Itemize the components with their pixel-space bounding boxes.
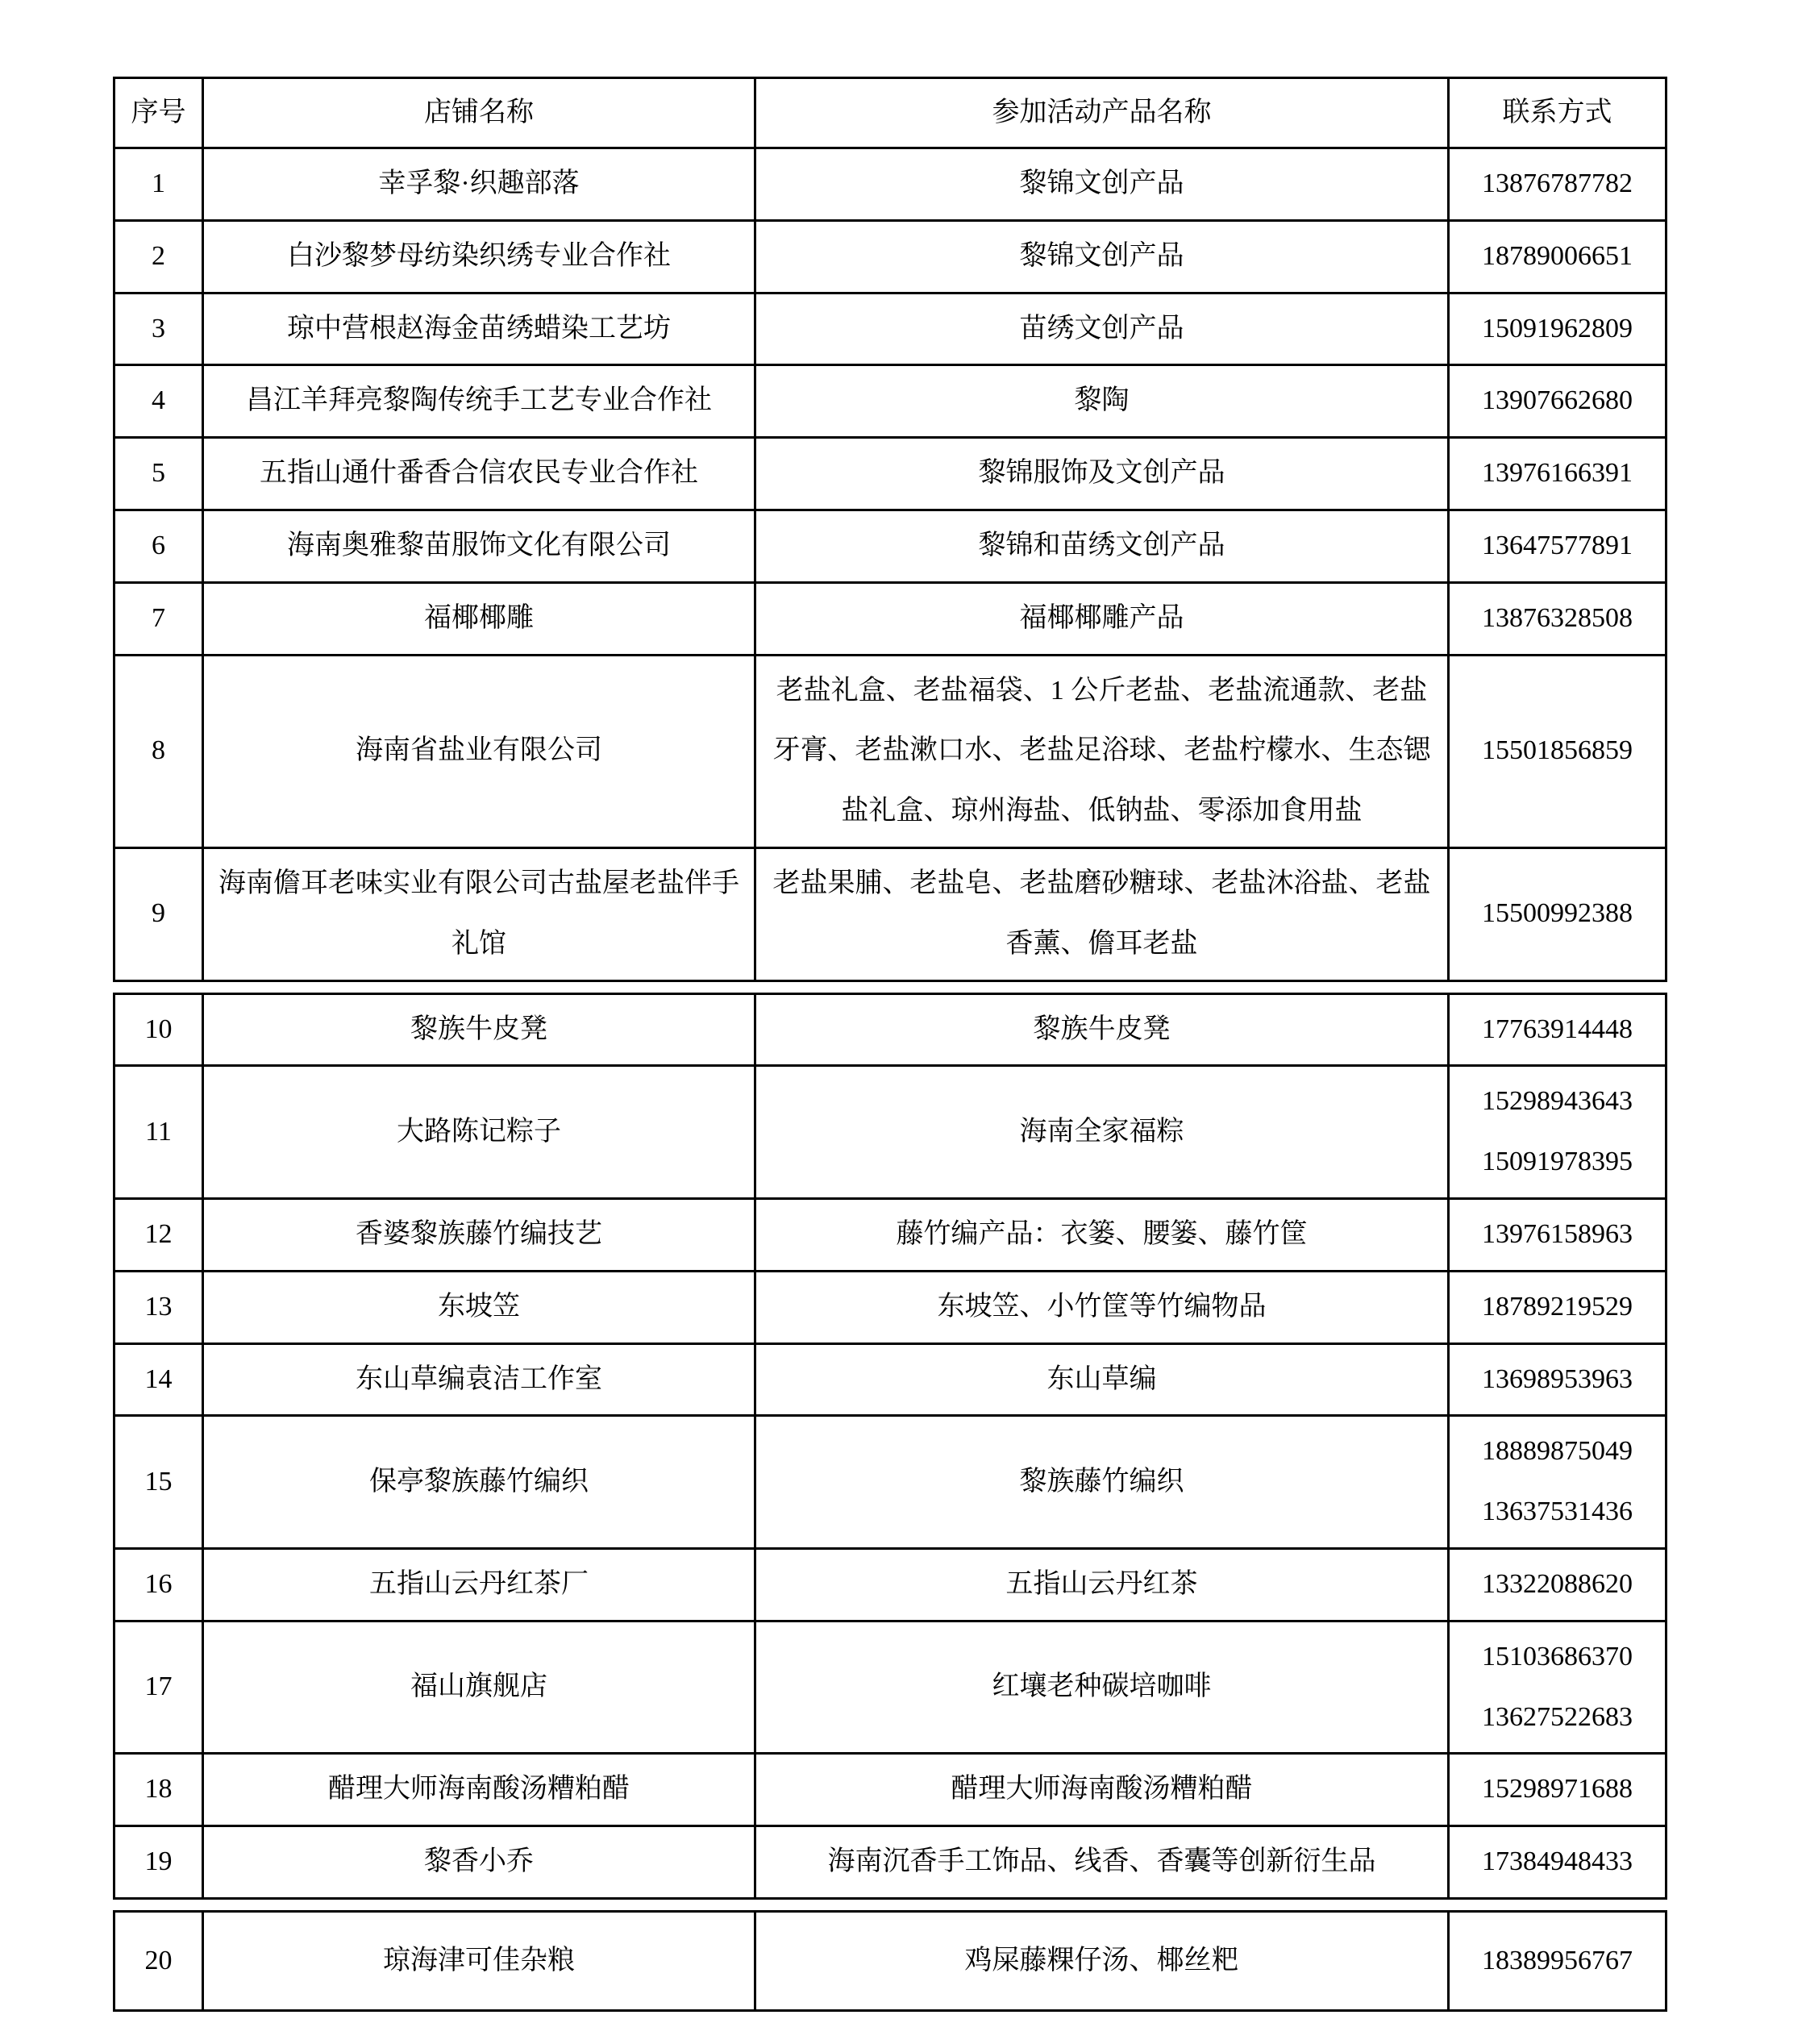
table-row: 4昌江羊拜亮黎陶传统手工艺专业合作社黎陶13907662680	[114, 365, 1666, 438]
product-name-cell: 东山草编	[755, 1343, 1449, 1416]
contact-cell: 15091962809	[1449, 293, 1666, 365]
product-name-cell: 福椰椰雕产品	[755, 582, 1449, 655]
contact-cell: 1510368637013627522683	[1449, 1621, 1666, 1754]
contact-cell: 13322088620	[1449, 1548, 1666, 1621]
product-name-cell: 鸡屎藤粿仔汤、椰丝粑	[755, 1911, 1449, 2010]
shop-name-cell: 香婆黎族藤竹编技艺	[203, 1198, 755, 1271]
contact-cell: 13907662680	[1449, 365, 1666, 438]
product-name-cell: 黎族藤竹编织	[755, 1416, 1449, 1549]
shop-name-cell: 醋理大师海南酸汤糟粕醋	[203, 1754, 755, 1826]
product-name-cell: 东坡笠、小竹筐等竹编物品	[755, 1271, 1449, 1343]
product-name-cell: 五指山云丹红茶	[755, 1548, 1449, 1621]
row-index-cell: 16	[114, 1548, 203, 1621]
product-name-cell: 海南沉香手工饰品、线香、香囊等创新衍生品	[755, 1826, 1449, 1899]
product-name-cell: 老盐礼盒、老盐福袋、1 公斤老盐、老盐流通款、老盐牙膏、老盐漱口水、老盐足浴球、…	[755, 655, 1449, 847]
vendor-table-segment-3: 20琼海津可佳杂粮鸡屎藤粿仔汤、椰丝粑18389956767	[113, 1910, 1667, 2012]
row-index-cell: 11	[114, 1066, 203, 1199]
table-row: 3琼中营根赵海金苗绣蜡染工艺坊苗绣文创产品15091962809	[114, 293, 1666, 365]
row-index-cell: 10	[114, 993, 203, 1066]
table-row: 19黎香小乔海南沉香手工饰品、线香、香囊等创新衍生品17384948433	[114, 1826, 1666, 1899]
contact-cell: 18789006651	[1449, 220, 1666, 293]
phone-number: 18889875049	[1459, 1422, 1655, 1482]
contact-cell: 1888987504913637531436	[1449, 1416, 1666, 1549]
table-header: 序号 店铺名称 参加活动产品名称 联系方式	[114, 78, 1666, 148]
contact-cell: 13976158963	[1449, 1198, 1666, 1271]
product-name-cell: 藤竹编产品：衣篓、腰篓、藤竹筐	[755, 1198, 1449, 1271]
phone-number: 15500992388	[1459, 884, 1655, 944]
contact-cell: 13698953963	[1449, 1343, 1666, 1416]
shop-name-cell: 东坡笠	[203, 1271, 755, 1343]
product-name-cell: 黎锦文创产品	[755, 148, 1449, 221]
row-index-cell: 14	[114, 1343, 203, 1416]
row-index-cell: 13	[114, 1271, 203, 1343]
row-index-cell: 9	[114, 847, 203, 980]
shop-name-cell: 海南儋耳老味实业有限公司古盐屋老盐伴手礼馆	[203, 847, 755, 980]
product-name-cell: 黎陶	[755, 365, 1449, 438]
row-index-cell: 4	[114, 365, 203, 438]
table-row: 8海南省盐业有限公司老盐礼盒、老盐福袋、1 公斤老盐、老盐流通款、老盐牙膏、老盐…	[114, 655, 1666, 847]
row-index-cell: 19	[114, 1826, 203, 1899]
contact-cell: 15501856859	[1449, 655, 1666, 847]
shop-name-cell: 东山草编袁洁工作室	[203, 1343, 755, 1416]
shop-name-cell: 海南奥雅黎苗服饰文化有限公司	[203, 510, 755, 582]
table-row: 9海南儋耳老味实业有限公司古盐屋老盐伴手礼馆老盐果脯、老盐皂、老盐磨砂糖球、老盐…	[114, 847, 1666, 980]
table-row: 14东山草编袁洁工作室东山草编13698953963	[114, 1343, 1666, 1416]
shop-name-cell: 琼中营根赵海金苗绣蜡染工艺坊	[203, 293, 755, 365]
table-row: 10黎族牛皮凳黎族牛皮凳17763914448	[114, 993, 1666, 1066]
table-row: 1幸孚黎·织趣部落黎锦文创产品13876787782	[114, 148, 1666, 221]
phone-number: 18789006651	[1459, 227, 1655, 287]
vendor-table-segment-2: 10黎族牛皮凳黎族牛皮凳1776391444811大路陈记粽子海南全家福粽152…	[113, 993, 1667, 1900]
table-row: 5五指山通什番香合信农民专业合作社黎锦服饰及文创产品13976166391	[114, 438, 1666, 510]
product-name-cell: 苗绣文创产品	[755, 293, 1449, 365]
row-index-cell: 3	[114, 293, 203, 365]
phone-number: 13698953963	[1459, 1350, 1655, 1410]
row-index-cell: 1	[114, 148, 203, 221]
shop-name-cell: 黎族牛皮凳	[203, 993, 755, 1066]
phone-number: 17384948433	[1459, 1832, 1655, 1892]
table-row: 6海南奥雅黎苗服饰文化有限公司黎锦和苗绣文创产品13647577891	[114, 510, 1666, 582]
phone-number: 13627522683	[1459, 1688, 1655, 1748]
vendor-table-segment-1: 序号 店铺名称 参加活动产品名称 联系方式 1幸孚黎·织趣部落黎锦文创产品138…	[113, 77, 1667, 982]
phone-number: 15501856859	[1459, 721, 1655, 781]
row-index-cell: 20	[114, 1911, 203, 2010]
row-index-cell: 2	[114, 220, 203, 293]
contact-cell: 18389956767	[1449, 1911, 1666, 2010]
shop-name-cell: 大路陈记粽子	[203, 1066, 755, 1199]
shop-name-cell: 海南省盐业有限公司	[203, 655, 755, 847]
col-header-product: 参加活动产品名称	[755, 78, 1449, 148]
product-name-cell: 醋理大师海南酸汤糟粕醋	[755, 1754, 1449, 1826]
col-header-index: 序号	[114, 78, 203, 148]
product-name-cell: 黎锦文创产品	[755, 220, 1449, 293]
shop-name-cell: 五指山通什番香合信农民专业合作社	[203, 438, 755, 510]
contact-cell: 13876328508	[1449, 582, 1666, 655]
phone-number: 15091978395	[1459, 1132, 1655, 1193]
table-row: 16五指山云丹红茶厂五指山云丹红茶13322088620	[114, 1548, 1666, 1621]
phone-number: 13647577891	[1459, 516, 1655, 577]
product-name-cell: 老盐果脯、老盐皂、老盐磨砂糖球、老盐沐浴盐、老盐香薰、儋耳老盐	[755, 847, 1449, 980]
table-row: 12香婆黎族藤竹编技艺藤竹编产品：衣篓、腰篓、藤竹筐13976158963	[114, 1198, 1666, 1271]
contact-cell: 1529894364315091978395	[1449, 1066, 1666, 1199]
product-name-cell: 黎锦和苗绣文创产品	[755, 510, 1449, 582]
shop-name-cell: 五指山云丹红茶厂	[203, 1548, 755, 1621]
table-row: 18醋理大师海南酸汤糟粕醋醋理大师海南酸汤糟粕醋15298971688	[114, 1754, 1666, 1826]
shop-name-cell: 白沙黎梦母纺染织绣专业合作社	[203, 220, 755, 293]
col-header-contact: 联系方式	[1449, 78, 1666, 148]
contact-cell: 15298971688	[1449, 1754, 1666, 1826]
shop-name-cell: 保亭黎族藤竹编织	[203, 1416, 755, 1549]
phone-number: 13876328508	[1459, 589, 1655, 649]
phone-number: 18789219529	[1459, 1277, 1655, 1338]
row-index-cell: 8	[114, 655, 203, 847]
col-header-shop: 店铺名称	[203, 78, 755, 148]
phone-number: 18389956767	[1459, 1931, 1655, 1992]
phone-number: 13976158963	[1459, 1205, 1655, 1265]
shop-name-cell: 福山旗舰店	[203, 1621, 755, 1754]
shop-name-cell: 福椰椰雕	[203, 582, 755, 655]
phone-number: 13637531436	[1459, 1482, 1655, 1542]
table-row: 2白沙黎梦母纺染织绣专业合作社黎锦文创产品18789006651	[114, 220, 1666, 293]
phone-number: 17763914448	[1459, 1000, 1655, 1060]
shop-name-cell: 幸孚黎·织趣部落	[203, 148, 755, 221]
row-index-cell: 12	[114, 1198, 203, 1271]
shop-name-cell: 琼海津可佳杂粮	[203, 1911, 755, 2010]
contact-cell: 13876787782	[1449, 148, 1666, 221]
contact-cell: 13976166391	[1449, 438, 1666, 510]
document-page: 序号 店铺名称 参加活动产品名称 联系方式 1幸孚黎·织趣部落黎锦文创产品138…	[0, 0, 1810, 2044]
contact-cell: 17763914448	[1449, 993, 1666, 1066]
row-index-cell: 6	[114, 510, 203, 582]
contact-cell: 18789219529	[1449, 1271, 1666, 1343]
shop-name-cell: 黎香小乔	[203, 1826, 755, 1899]
phone-number: 15298943643	[1459, 1072, 1655, 1132]
product-name-cell: 红壤老种碳培咖啡	[755, 1621, 1449, 1754]
phone-number: 13907662680	[1459, 371, 1655, 431]
shop-name-cell: 昌江羊拜亮黎陶传统手工艺专业合作社	[203, 365, 755, 438]
table-row: 7福椰椰雕福椰椰雕产品13876328508	[114, 582, 1666, 655]
row-index-cell: 17	[114, 1621, 203, 1754]
header-row: 序号 店铺名称 参加活动产品名称 联系方式	[114, 78, 1666, 148]
product-name-cell: 黎锦服饰及文创产品	[755, 438, 1449, 510]
contact-cell: 17384948433	[1449, 1826, 1666, 1899]
row-index-cell: 15	[114, 1416, 203, 1549]
table-row: 20琼海津可佳杂粮鸡屎藤粿仔汤、椰丝粑18389956767	[114, 1911, 1666, 2010]
table-row: 11大路陈记粽子海南全家福粽1529894364315091978395	[114, 1066, 1666, 1199]
table-row: 15保亭黎族藤竹编织黎族藤竹编织1888987504913637531436	[114, 1416, 1666, 1549]
phone-number: 13322088620	[1459, 1555, 1655, 1615]
phone-number: 13976166391	[1459, 443, 1655, 504]
contact-cell: 15500992388	[1449, 847, 1666, 980]
phone-number: 15298971688	[1459, 1759, 1655, 1820]
contact-cell: 13647577891	[1449, 510, 1666, 582]
row-index-cell: 5	[114, 438, 203, 510]
row-index-cell: 18	[114, 1754, 203, 1826]
product-name-cell: 黎族牛皮凳	[755, 993, 1449, 1066]
table-row: 17福山旗舰店红壤老种碳培咖啡1510368637013627522683	[114, 1621, 1666, 1754]
row-index-cell: 7	[114, 582, 203, 655]
product-name-cell: 海南全家福粽	[755, 1066, 1449, 1199]
phone-number: 13876787782	[1459, 154, 1655, 214]
table-row: 13东坡笠东坡笠、小竹筐等竹编物品18789219529	[114, 1271, 1666, 1343]
phone-number: 15103686370	[1459, 1627, 1655, 1688]
phone-number: 15091962809	[1459, 299, 1655, 360]
